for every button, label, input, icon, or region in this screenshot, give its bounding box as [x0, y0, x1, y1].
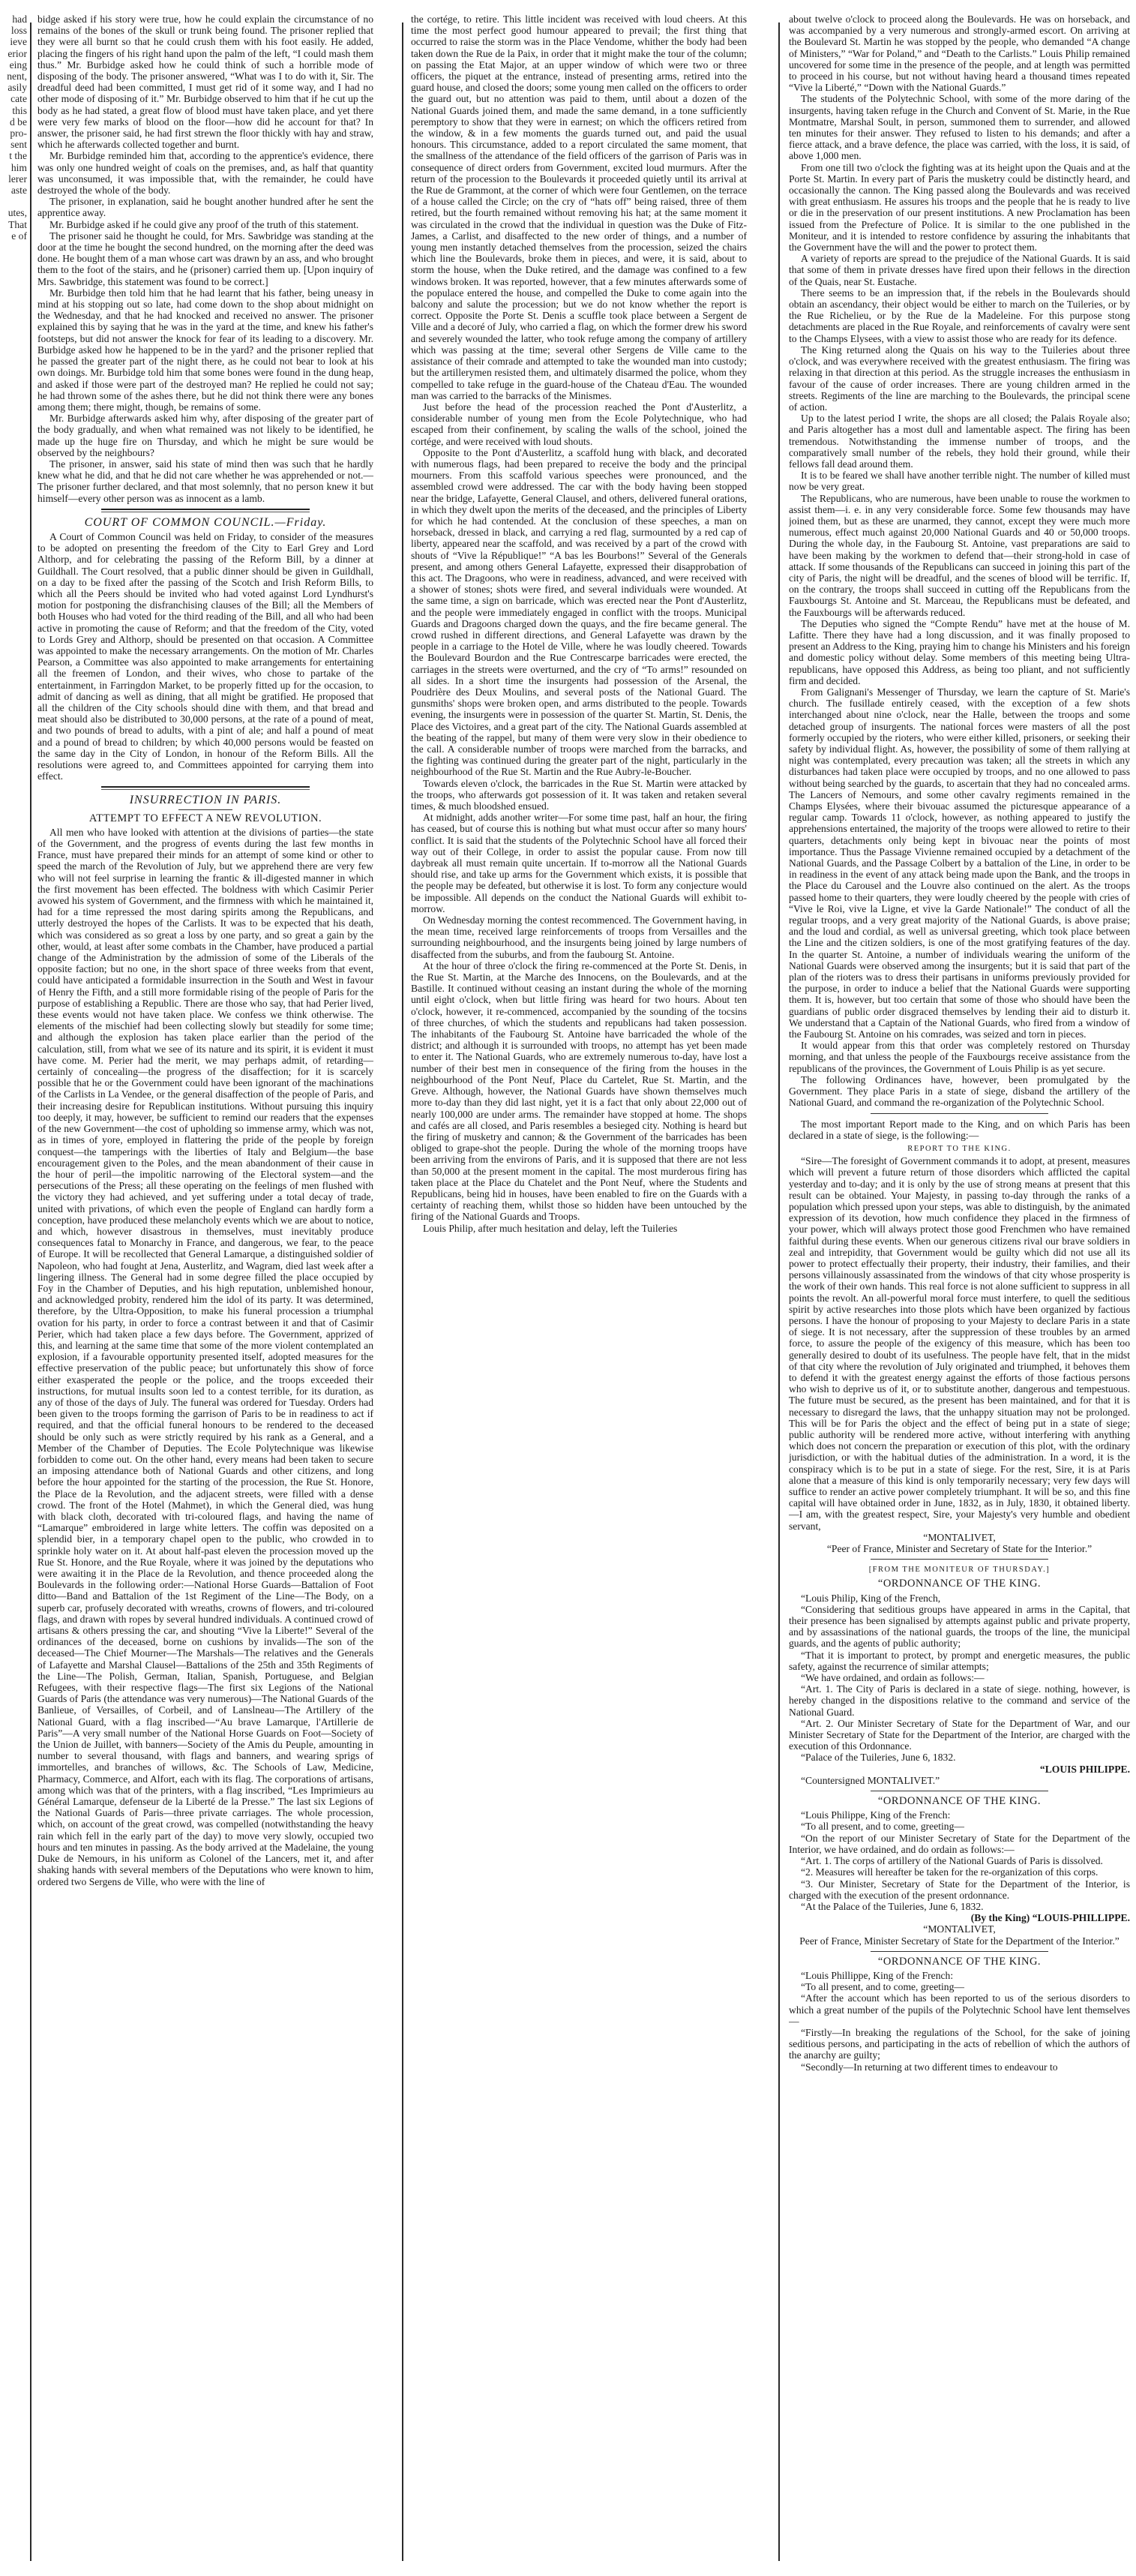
article-paragraph: Towards eleven o'clock, the barricades i…	[411, 778, 747, 812]
margin-fragment: erior	[1, 48, 27, 59]
margin-fragment	[1, 196, 27, 207]
signature: “MONTALIVET,	[789, 1532, 1130, 1543]
article-paragraph: Mr. Burbidge reminded him that, accordin…	[37, 150, 373, 196]
section-divider	[871, 1951, 1048, 1952]
article-paragraph: “Louis Philip, King of the French,	[789, 1593, 1130, 1604]
column-middle: the cortége, to retire. This little inci…	[411, 14, 747, 2568]
article-paragraph: The students of the Polytechnic School, …	[789, 93, 1130, 161]
article-paragraph: The King returned along the Quais on his…	[789, 344, 1130, 413]
margin-fragment: e of	[1, 230, 27, 242]
column-right: about twelve o'clock to proceed along th…	[789, 14, 1130, 2568]
margin-fragment: utes,	[1, 207, 27, 218]
section-label: [FROM THE MONITEUR OF THURSDAY.]	[789, 1564, 1130, 1575]
article-headline: COURT OF COMMON COUNCIL.—Friday.	[37, 517, 373, 528]
left-margin-fragments: hadlossieveerioreingnent,asilycatethisd …	[1, 14, 27, 242]
article-paragraph: “Countersigned MONTALIVET.”	[789, 1775, 1130, 1786]
margin-fragment: loss	[1, 25, 27, 36]
article-paragraph: A Court of Common Council was held on Fr…	[37, 531, 373, 782]
article-paragraph: “Sire—The foresight of Government comman…	[789, 1155, 1130, 1532]
margin-fragment: That	[1, 219, 27, 230]
article-paragraph: The Deputies who signed the “Compte Rend…	[789, 618, 1130, 686]
article-paragraph: Just before the head of the procession r…	[411, 401, 747, 447]
margin-fragment: ieve	[1, 36, 27, 47]
article-paragraph: From Galignani's Messenger of Thursday, …	[789, 686, 1130, 1040]
column-rule	[778, 23, 780, 2561]
article-paragraph: Mr. Burbidge afterwards asked him why, a…	[37, 413, 373, 458]
article-paragraph: It would appear from this that order was…	[789, 1040, 1130, 1074]
short-divider	[178, 809, 232, 810]
article-paragraph: Opposite to the Pont d'Austerlitz, a sca…	[411, 447, 747, 778]
article-paragraph: There seems to be an impression that, if…	[789, 287, 1130, 344]
article-subheadline: ATTEMPT TO EFFECT A NEW REVOLUTION.	[37, 813, 373, 824]
margin-fragment: nent,	[1, 71, 27, 82]
article-paragraph: “On the report of our Minister Secretary…	[789, 1833, 1130, 1855]
article-paragraph: “To all present, and to come, greeting—	[789, 1981, 1130, 1992]
signature: Peer of France, Minister Secretary of St…	[789, 1935, 1130, 1947]
section-divider	[871, 1559, 1048, 1560]
article-paragraph: “Palace of the Tuileries, June 6, 1832.	[789, 1752, 1130, 1763]
article-paragraph: “3. Our Minister, Secretary of State for…	[789, 1878, 1130, 1901]
article-paragraph: Mr. Burbidge then told him that he had l…	[37, 287, 373, 413]
article-paragraph: about twelve o'clock to proceed along th…	[789, 14, 1130, 93]
newspaper-page: hadlossieveerioreingnent,asilycatethisd …	[0, 0, 1136, 2576]
article-paragraph: “Art. 1. The corps of artillery of the N…	[789, 1855, 1130, 1866]
article-paragraph: It is to be feared we shall have another…	[789, 470, 1130, 492]
article-paragraph: From one till two o'clock the fighting w…	[789, 162, 1130, 254]
article-paragraph: The Republicans, who are numerous, have …	[789, 493, 1130, 618]
column-rule	[402, 23, 403, 2561]
article-paragraph: The prisoner said he thought he could, f…	[37, 230, 373, 287]
article-paragraph: Up to the latest period I write, the sho…	[789, 413, 1130, 470]
margin-fragment: this	[1, 105, 27, 116]
margin-fragment: lerer	[1, 173, 27, 185]
article-paragraph: “Art. 1. The City of Paris is declared i…	[789, 1683, 1130, 1718]
article-paragraph: A variety of reports are spread to the p…	[789, 253, 1130, 287]
article-paragraph: On Wednesday morning the contest recomme…	[411, 914, 747, 960]
article-paragraph: “To all present, and to come, greeting—	[789, 1821, 1130, 1832]
article-paragraph: The prisoner, in explanation, said he bo…	[37, 196, 373, 218]
article-paragraph: “Firstly—In breaking the regulations of …	[789, 2027, 1130, 2061]
article-paragraph: Louis Philip, after much hesitation and …	[411, 1223, 747, 1234]
article-subheadline: “ORDONNANCE OF THE KING.	[789, 1578, 1130, 1590]
section-label: REPORT TO THE KING.	[789, 1143, 1130, 1154]
column-left: bidge asked if his story were true, how …	[37, 14, 373, 2568]
margin-fragment: d be	[1, 116, 27, 128]
article-headline: INSURRECTION IN PARIS.	[37, 794, 373, 806]
article-paragraph: At the hour of three o'clock the firing …	[411, 960, 747, 1223]
section-divider	[101, 786, 310, 790]
article-paragraph: “Art. 2. Our Minister Secretary of State…	[789, 1718, 1130, 1752]
margin-fragment: eing	[1, 59, 27, 71]
article-subheadline: “ORDONNANCE OF THE KING.	[789, 1796, 1130, 1807]
article-paragraph: The most important Report made to the Ki…	[789, 1118, 1130, 1141]
article-subheadline: “ORDONNANCE OF THE KING.	[789, 1956, 1130, 1968]
section-divider	[871, 1791, 1048, 1791]
article-paragraph: “Louis Philippe, King of the French:	[789, 1809, 1130, 1821]
section-divider	[871, 1113, 1048, 1114]
article-paragraph: “That it is important to protect, by pro…	[789, 1650, 1130, 1672]
margin-fragment: pro-	[1, 128, 27, 139]
signature: “Peer of France, Minister and Secretary …	[789, 1543, 1130, 1554]
column-rule	[30, 23, 31, 2561]
article-paragraph: “2. Measures will hereafter be taken for…	[789, 1866, 1130, 1878]
article-paragraph: “At the Palace of the Tuileries, June 6,…	[789, 1901, 1130, 1912]
signature: “MONTALIVET,	[789, 1923, 1130, 1935]
article-paragraph: The following Ordinances have, however, …	[789, 1074, 1130, 1109]
article-paragraph: “After the account which has been report…	[789, 1992, 1130, 2027]
article-paragraph: “Louis Phillippe, King of the French:	[789, 1970, 1130, 1981]
article-paragraph: “We have ordained, and ordain as follows…	[789, 1672, 1130, 1683]
signature: (By the King) “LOUIS-PHILLIPPE.	[789, 1912, 1130, 1923]
article-paragraph: At midnight, adds another writer—For som…	[411, 812, 747, 914]
signature: “LOUIS PHILIPPE.	[789, 1764, 1130, 1775]
article-paragraph: All men who have looked with attention a…	[37, 827, 373, 1887]
article-paragraph: bidge asked if his story were true, how …	[37, 14, 373, 150]
article-paragraph: “Considering that seditious groups have …	[789, 1604, 1130, 1650]
margin-fragment: him	[1, 162, 27, 173]
margin-fragment: aste	[1, 185, 27, 196]
margin-fragment: asily	[1, 82, 27, 93]
article-paragraph: “Secondly—In returning at two different …	[789, 2061, 1130, 2073]
margin-fragment: sent	[1, 139, 27, 150]
margin-fragment: cate	[1, 93, 27, 104]
section-divider	[101, 509, 310, 512]
article-paragraph: The prisoner, in answer, said his state …	[37, 458, 373, 504]
margin-fragment: t the	[1, 150, 27, 161]
article-paragraph: the cortége, to retire. This little inci…	[411, 14, 747, 401]
article-paragraph: Mr. Burbidge asked if he could give any …	[37, 219, 373, 230]
margin-fragment: had	[1, 14, 27, 25]
